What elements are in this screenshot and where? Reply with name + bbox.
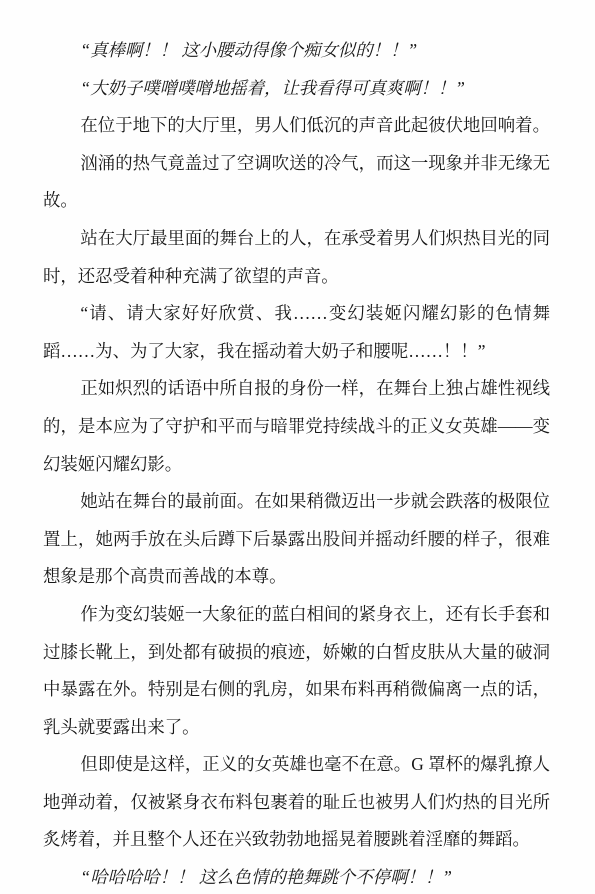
crowd-shout-line-1: “真棒啊！！ 这小腰动得像个痴女似的！！” [43,32,550,70]
crowd-shout-line-3: “哈哈哈哈！！ 这么色情的艳舞跳个不停啊！！” [43,859,550,894]
document-page: “真棒啊！！ 这小腰动得像个痴女似的！！” “大奶子噗噌噗噌地摇着，让我看得可真… [0,0,595,894]
crowd-shout-line-2: “大奶子噗噌噗噌地摇着，让我看得可真爽啊！！” [43,70,550,108]
narration-paragraph: 但即使是这样，正义的女英雄也毫不在意。G 罩杯的爆乳撩人地弹动着，仅被紧身衣布料… [43,746,550,859]
narration-paragraph: 正如炽烈的话语中所自报的身份一样，在舞台上独占雄性视线的，是本应为了守护和平而与… [43,370,550,483]
narration-paragraph: 她站在舞台的最前面。在如果稍微迈出一步就会跌落的极限位置上，她两手放在头后蹲下后… [43,483,550,596]
narration-paragraph: 站在大厅最里面的舞台上的人，在承受着男人们炽热目光的同时，还忍受着种种充满了欲望… [43,220,550,295]
narration-paragraph: 汹涌的热气竟盖过了空调吹送的冷气，而这一现象并非无缘无故。 [43,145,550,220]
heroine-dialogue-paragraph: “请、请大家好好欣赏、我……变幻装姬闪耀幻影的色情舞蹈……为、为了大家，我在摇动… [43,295,550,370]
narration-paragraph: 作为变幻装姬一大象征的蓝白相间的紧身衣上，还有长手套和过膝长靴上，到处都有破损的… [43,596,550,746]
narration-paragraph: 在位于地下的大厅里，男人们低沉的声音此起彼伏地回响着。 [43,107,550,145]
